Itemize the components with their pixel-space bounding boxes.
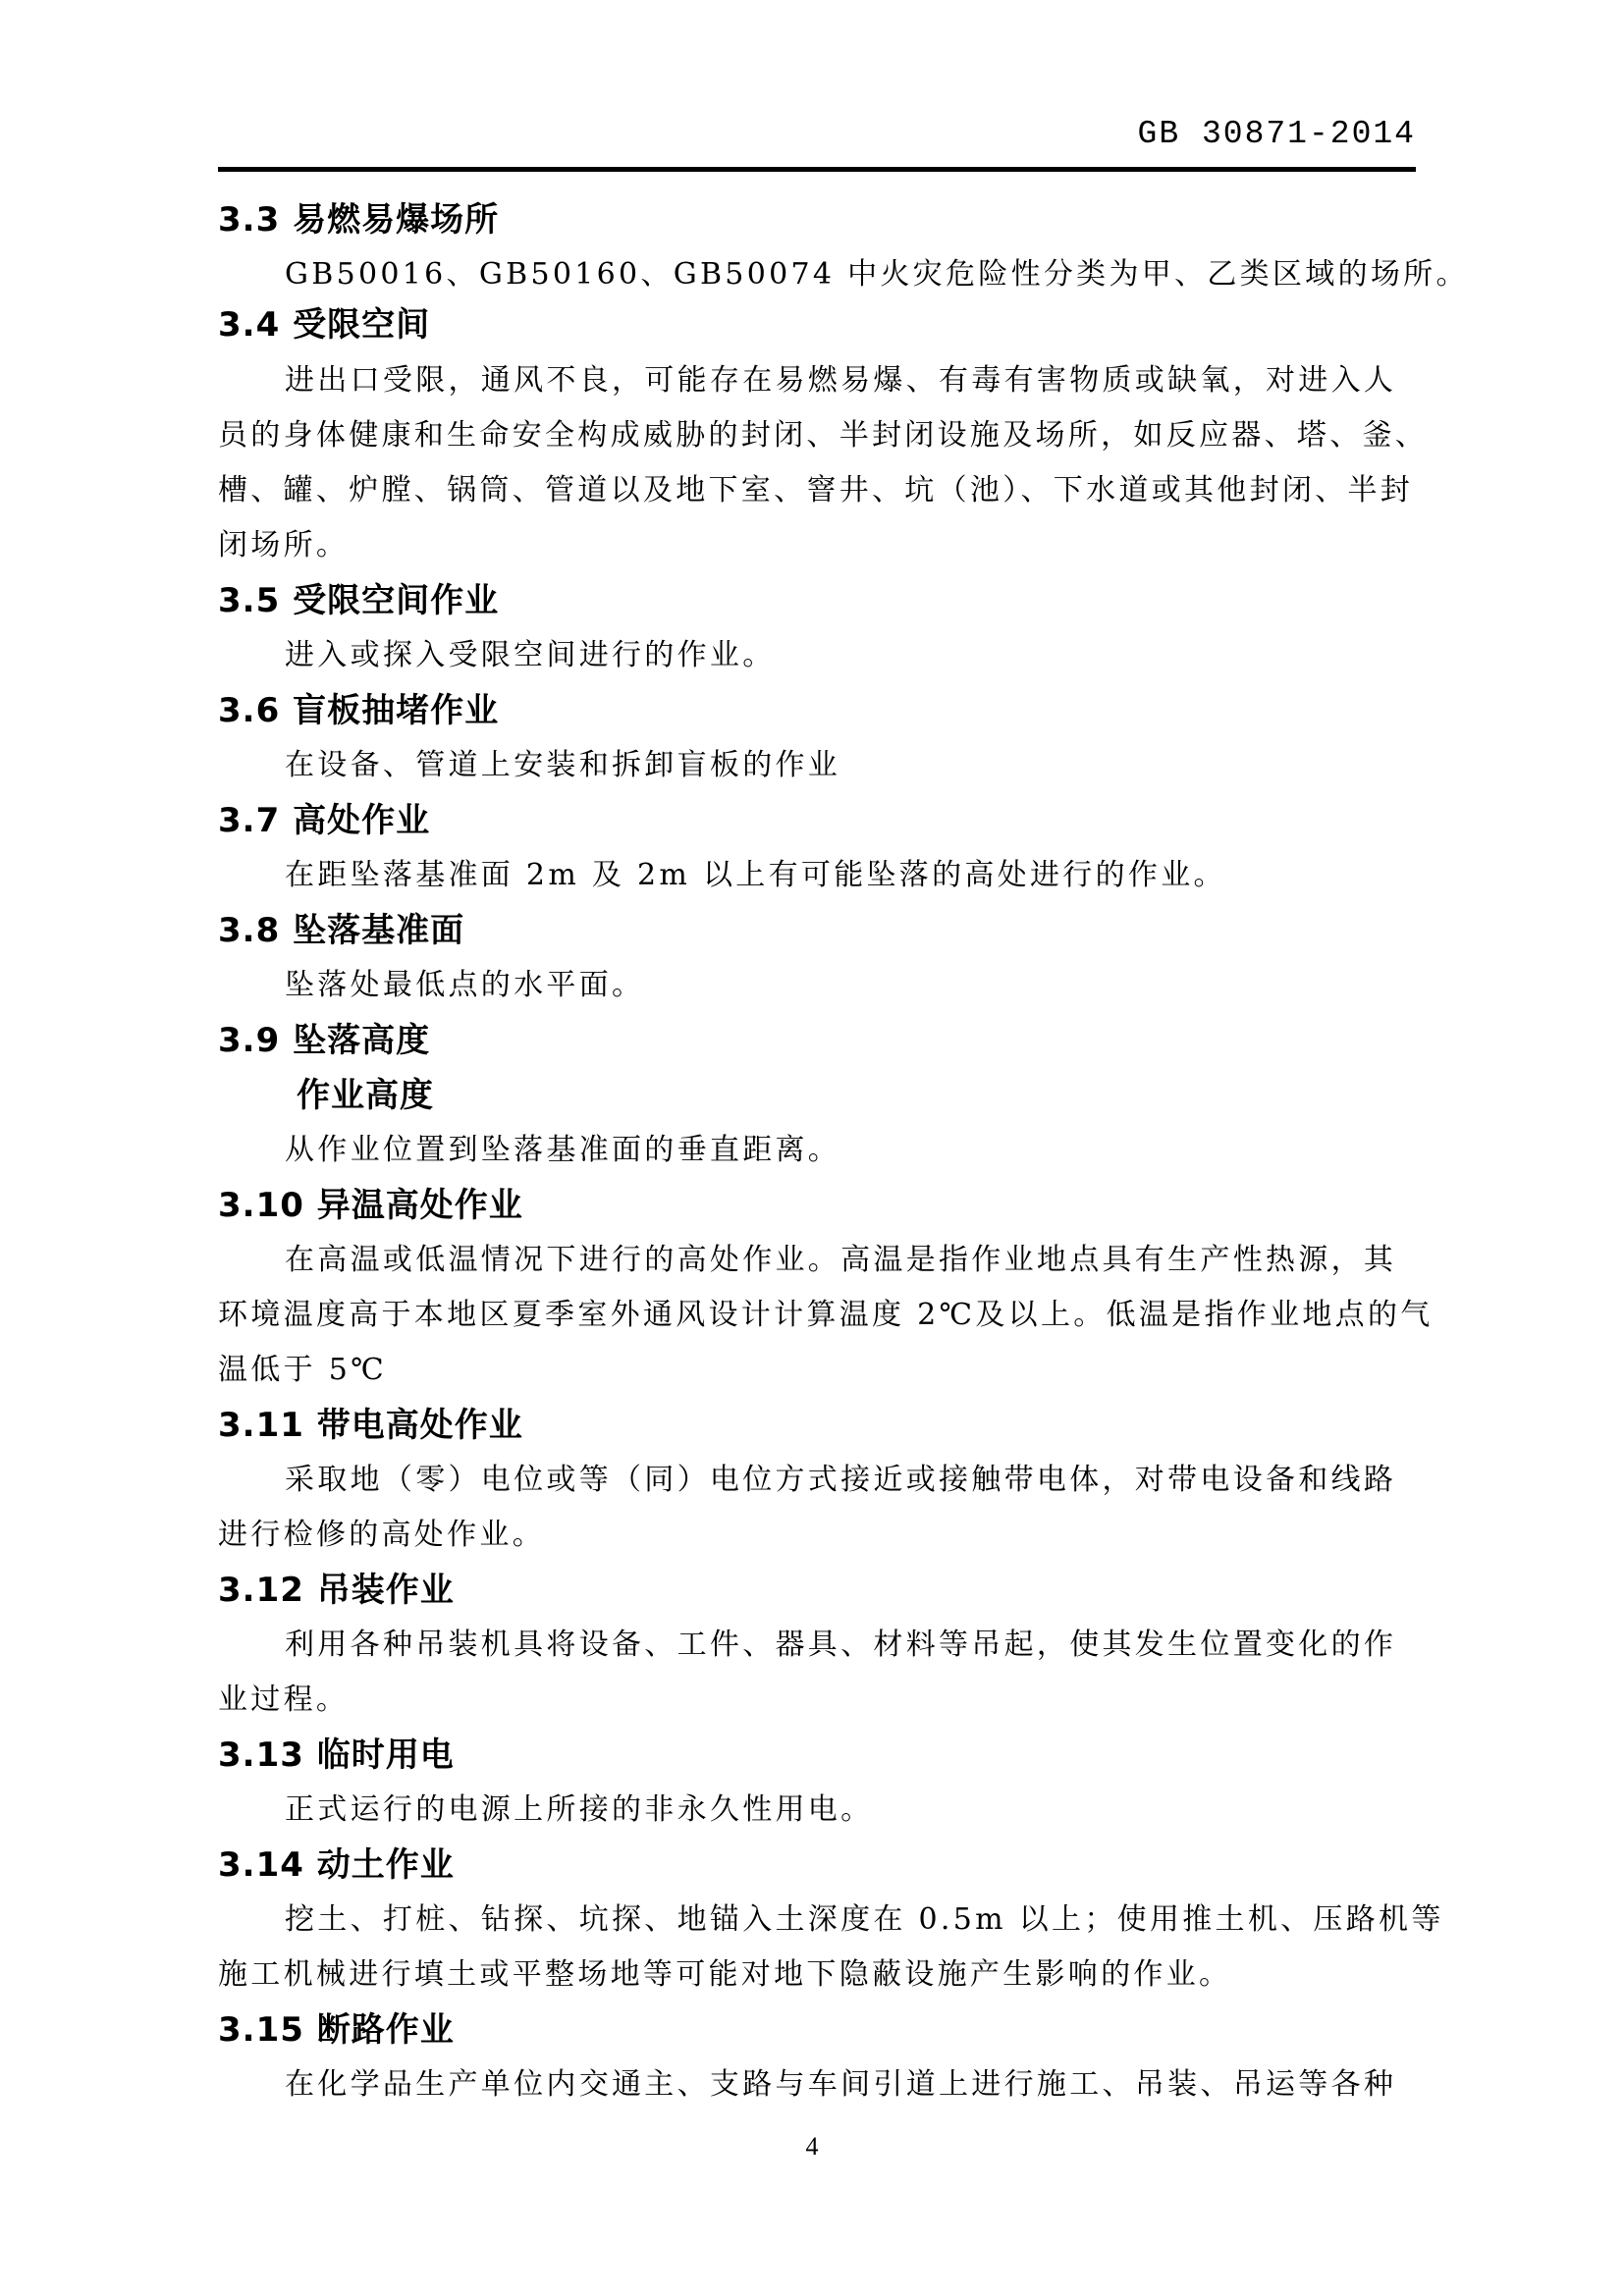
body-text-line: 环境温度高于本地区夏季室外通风设计计算温度 2℃及以上。低温是指作业地点的气 [218,1290,1414,1333]
body-text-line: 进入或探入受限空间进行的作业。 [285,630,1414,673]
body-text-line: 在距坠落基准面 2m 及 2m 以上有可能坠落的高处进行的作业。 [285,850,1414,893]
body-text-line: 进出口受限，通风不良，可能存在易燃易爆、有毒有害物质或缺氧，对进入人 [285,355,1414,399]
body-text-line: 利用各种吊装机具将设备、工件、器具、材料等吊起，使其发生位置变化的作 [285,1620,1414,1663]
section-heading: 作业高度 [297,1068,1492,1116]
standard-code-header: GB 30871-2014 [218,116,1416,152]
body-text-line: 槽、罐、炉膛、锅筒、管道以及地下室、窨井、坑（池）、下水道或其他封闭、半封 [218,465,1414,508]
body-text-line: 正式运行的电源上所接的非永久性用电。 [285,1785,1414,1828]
section-heading: 3.3 易燃易爆场所 [218,192,1414,240]
body-text-line: 温低于 5℃ [218,1345,1414,1388]
section-heading: 3.5 受限空间作业 [218,573,1414,621]
body-text-line: 在设备、管道上安装和拆卸盲板的作业 [285,740,1414,783]
section-heading: 3.15 断路作业 [218,2002,1414,2051]
section-heading: 3.6 盲板抽堵作业 [218,683,1414,731]
section-heading: 3.7 高处作业 [218,793,1414,841]
header-rule [218,167,1416,172]
section-heading: 3.4 受限空间 [218,297,1414,346]
body-text-line: 在化学品生产单位内交通主、支路与车间引道上进行施工、吊装、吊运等各种 [285,2059,1414,2103]
body-text-line: 业过程。 [218,1675,1414,1718]
section-heading: 3.13 临时用电 [218,1728,1414,1776]
section-heading: 3.12 吊装作业 [218,1563,1414,1611]
body-text-line: 采取地（零）电位或等（同）电位方式接近或接触带电体，对带电设备和线路 [285,1455,1414,1498]
body-text-line: GB50016、GB50160、GB50074 中火灾危险性分类为甲、乙类区域的… [285,249,1414,293]
body-text-line: 闭场所。 [218,520,1414,563]
section-heading: 3.9 坠落高度 [218,1013,1414,1061]
page-number: 4 [0,2132,1624,2162]
body-text-line: 进行检修的高处作业。 [218,1510,1414,1553]
body-text-line: 从作业位置到坠落基准面的垂直距离。 [285,1125,1414,1168]
body-text-line: 坠落处最低点的水平面。 [285,960,1414,1003]
section-heading: 3.14 动土作业 [218,1838,1414,1886]
section-heading: 3.11 带电高处作业 [218,1398,1414,1446]
section-heading: 3.10 异温高处作业 [218,1178,1414,1226]
body-text-line: 挖土、打桩、钻探、坑探、地锚入土深度在 0.5m 以上；使用推土机、压路机等 [285,1895,1414,1938]
body-text-line: 施工机械进行填土或平整场地等可能对地下隐蔽设施产生影响的作业。 [218,1949,1414,1993]
body-text-line: 在高温或低温情况下进行的高处作业。高温是指作业地点具有生产性热源，其 [285,1235,1414,1278]
section-heading: 3.8 坠落基准面 [218,903,1414,951]
body-text-line: 员的身体健康和生命安全构成威胁的封闭、半封闭设施及场所，如反应器、塔、釜、 [218,410,1414,454]
